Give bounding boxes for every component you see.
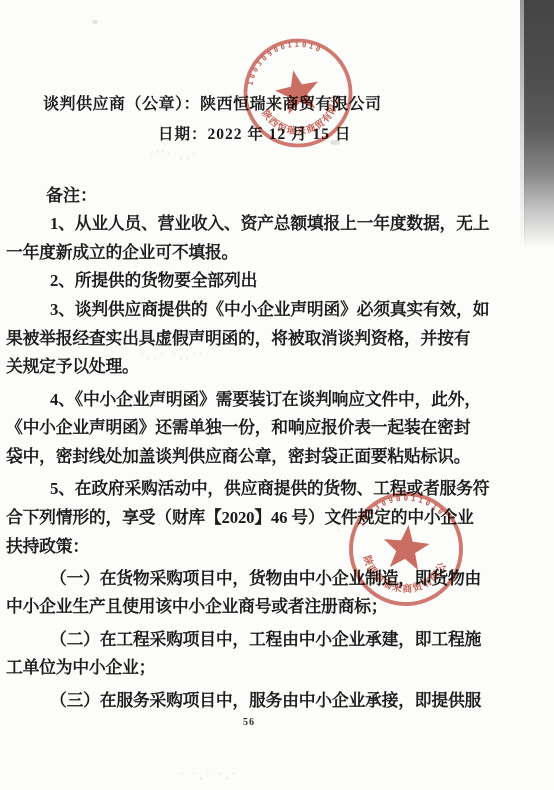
company-seal-stamp-middle: 1003090011010 陕西恒瑞来商贸有限公司 bbox=[333, 476, 478, 621]
scan-smudge: · ·¸· ·¸· bbox=[180, 768, 238, 780]
page-number: 56 bbox=[243, 717, 255, 728]
body-line: 《中小企业声明函》还需单独一份，和响应报价表一起装在密封 bbox=[6, 414, 518, 443]
body-line: （二）在工程采购项目中，工程由中小企业承建，即工程施 bbox=[6, 626, 518, 655]
scan-speck bbox=[92, 20, 98, 24]
body-line: 果被举报经查实出具虚假声明函的，将被取消谈判资格，并按有 bbox=[6, 325, 518, 354]
scanned-document-page: ·''· ¸¸· ·˛¸· ·¸˛·· ·¸· · ·¸· ·¸· · 谈判供应… bbox=[0, 0, 554, 790]
seal-serial: 1003090011010 bbox=[356, 488, 448, 536]
body-line: 3、谈判供应商提供的《中小企业声明函》必须真实有效，如 bbox=[6, 296, 518, 325]
scan-edge-artifact bbox=[524, 0, 554, 248]
body-line: 2、所提供的货物要全部列出 bbox=[6, 267, 518, 296]
svg-text:1003090011010: 1003090011010 bbox=[356, 488, 448, 536]
svg-text:陕西恒瑞来商贸有限公司: 陕西恒瑞来商贸有限公司 bbox=[223, 18, 349, 150]
company-seal-stamp-top: 1003090011010 陕西恒瑞来商贸有限公司 bbox=[223, 18, 372, 167]
seal-star-icon bbox=[272, 66, 324, 116]
body-line: 一年度新成立的企业可不填报。 bbox=[6, 239, 518, 268]
body-line: 工单位为中小企业； bbox=[6, 654, 518, 683]
body-line: 袋中，密封线处加盖谈判供应商公章，密封袋正面要粘贴标识。 bbox=[6, 443, 518, 472]
body-line: 1、从业人员、营业收入、资产总额填报上一年度数据，无上 bbox=[6, 210, 518, 239]
scan-smudge: ·''· ¸¸· bbox=[150, 148, 199, 160]
body-line: （三）在服务采购项目中，服务由中小企业承接，即提供服 bbox=[6, 687, 518, 716]
notes-body: 1、从业人员、营业收入、资产总额填报上一年度数据，无上 一年度新成立的企业可不填… bbox=[6, 210, 518, 715]
notes-label: 备注： bbox=[46, 181, 97, 206]
body-line: 关规定予以处理。 bbox=[6, 353, 518, 382]
seal-star-icon bbox=[381, 523, 431, 571]
body-line: 4、《中小企业声明函》需要装订在谈判响应文件中，此外， bbox=[6, 386, 518, 415]
seal-company-name: 陕西恒瑞来商贸有限公司 bbox=[223, 18, 349, 150]
